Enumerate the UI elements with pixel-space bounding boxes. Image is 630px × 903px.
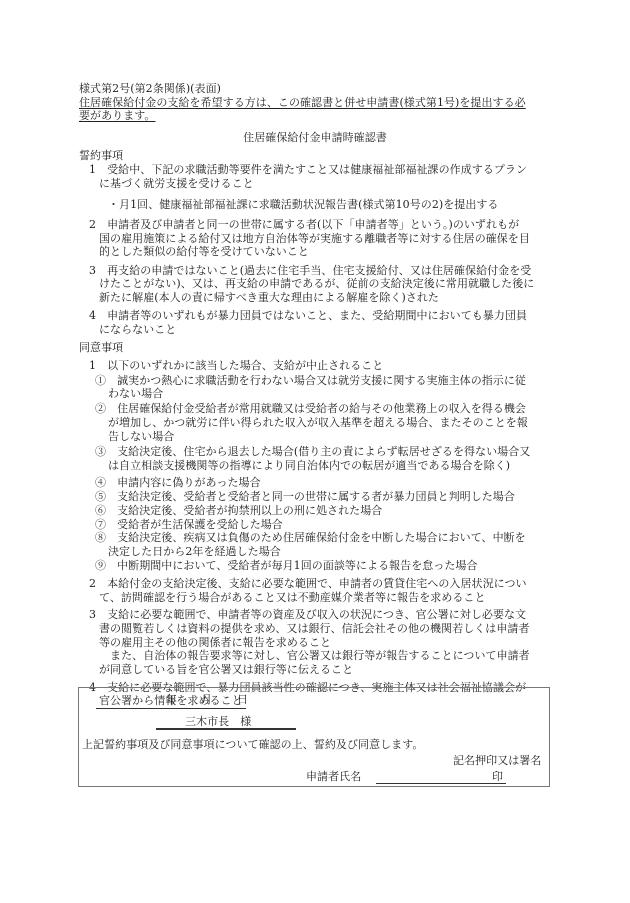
consent-item-3-line-1: 3 支給に必要な範囲で、申請者等の資産及び収入の状況につき、官公署に対し必要な文: [89, 608, 526, 621]
consent-case-7: ⑦ 受給者が生活保護を受給した場合: [95, 518, 283, 531]
consent-case-3-line-1: ③ 支給決定後、住宅から退去した場合(借り主の責によらず転居せざるを得ない場合又: [95, 445, 530, 458]
consent-item-2-line-2: て、訪問確認を行う場合があること又は不動産媒介業者等に報告を求めること: [99, 591, 486, 604]
pledge-item-3-line-3: 新たに解雇(本人の責に帰すべき重大な理由による解雇を除く)された: [99, 291, 439, 304]
consent-case-8-line-2: 決定した日から2年を経過した場合: [108, 545, 281, 558]
pledge-item-2-line-3: 的とした類似の給付等を受けていないこと: [99, 245, 309, 258]
consent-case-3-line-2: は自立相談支援機関等の指導により同自治体内での転居が適当である場合を除く): [108, 459, 510, 472]
pledge-item-1-sub: ・月1回、健康福祉部福祉課に求職活動状況報告書(様式第10号の2)を提出する: [108, 198, 498, 211]
notice-line-1: 住居確保給付金の支給を希望する方は、この確認書と併せ申請書(様式第1号)を提出す…: [79, 96, 526, 109]
pledge-item-3-line-2: けたことがない)、又は、再支給の申請であるが、従前の支給決定後に常用就職した後に: [99, 277, 534, 290]
date-year-label: 年: [166, 693, 177, 706]
addressee-underline: [156, 728, 296, 730]
notice-line-2: 要があります。: [79, 109, 155, 122]
applicant-name-underline: [376, 783, 506, 784]
consent-case-5: ⑤ 支給決定後、受給者と受給者と同一の世帯に属する者が暴力団員と判明した場合: [95, 490, 515, 503]
pledge-item-2-line-1: 2 申請者及び申請者と同一の世帯に属する者(以下「申請者等」という。)のいずれも…: [89, 218, 519, 231]
consent-item-3-line-2: 書の閲覧若しくは資料の提供を求め、又は銀行、信託会社その他の機関若しくは申請者: [99, 622, 530, 635]
consent-case-4: ④ 申請内容に偽りがあった場合: [95, 476, 261, 489]
consent-case-2-line-3: 告しない場合: [108, 430, 174, 443]
document-page: 様式第2号(第2条関係)(表面) 住居確保給付金の支給を希望する方は、この確認書…: [0, 0, 630, 903]
consent-case-8-line-1: ⑧ 支給決定後、疾病又は負傷のため住居確保給付金を中断した場合において、中断を: [95, 531, 526, 544]
consent-case-9: ⑨ 中断期間中において、受給者が毎月1回の面談等による報告を怠った場合: [95, 559, 478, 572]
consent-case-6: ⑥ 支給決定後、受給者が拘禁刑以上の刑に処された場合: [95, 504, 382, 517]
date-underline: [96, 708, 246, 709]
consent-case-1-line-1: ① 誠実かつ熱心に求職活動を行わない場合又は就労支援に関する実施主体の指示に従: [95, 374, 526, 387]
consent-case-1-line-2: わない場合: [108, 387, 163, 400]
consent-case-2-line-2: が増加し、かつ就労に伴い得られた収入が収入基準を超える場合、またそのことを報: [108, 416, 528, 429]
pledge-item-3-line-1: 3 再支給の申請ではないこと(過去に住宅手当、住宅支援給付、又は住居確保給付金を…: [89, 264, 531, 277]
applicant-name-label: 申請者氏名: [306, 770, 361, 783]
date-month-label: 月: [201, 693, 212, 706]
consent-item-2-line-1: 2 本給付金の支給決定後、支給に必要な範囲で、申請者の賃貸住宅への入居状況につい: [89, 577, 527, 590]
addressee: 三木市長 様: [185, 715, 251, 728]
date-day-label: 日: [237, 693, 248, 706]
pledge-item-1-line-1: 1 受給中、下記の求職活動等要件を満たすこと又は健康福祉部福祉課の作成するプラン: [89, 163, 527, 176]
pledge-item-1-line-2: に基づく就労支援を受けること: [99, 177, 254, 190]
consent-heading: 同意事項: [79, 341, 123, 354]
pledge-heading: 誓約事項: [79, 149, 123, 162]
sign-note: 記名押印又は署名: [453, 754, 541, 767]
consent-statement: 上記誓約事項及び同意事項について確認の上、誓約及び同意します。: [82, 738, 423, 751]
pledge-item-4-line-2: にならないこと: [99, 323, 176, 336]
pledge-item-4-line-1: 4 申請者等のいずれもが暴力団員ではないこと、また、受給期間中においても暴力団員: [89, 309, 527, 322]
consent-item-3-line-5: が同意している旨を官公署又は銀行等に伝えること: [99, 663, 353, 676]
seal-mark: 印: [492, 770, 503, 783]
consent-item-1: 1 以下のいずれかに該当した場合、支給が中止されること: [89, 359, 383, 372]
consent-item-3-line-3: 等の雇用主その他の関係者に報告を求めること: [99, 636, 331, 649]
consent-case-2-line-1: ② 住居確保給付金受給者が常用就職又は受給者の給与その他業務上の収入を得る機会: [95, 402, 526, 415]
pledge-item-2-line-2: 国の雇用施策による給付又は地方自治体等が実施する離職者等に対する住居の確保を目: [99, 232, 530, 245]
consent-item-3-line-4: また、自治体の報告要求等に対し、官公署又は銀行等が報告することについて申請者: [99, 649, 530, 662]
document-title: 住居確保給付金申請時確認書: [79, 131, 551, 144]
form-number: 様式第2号(第2条関係)(表面): [79, 82, 221, 95]
